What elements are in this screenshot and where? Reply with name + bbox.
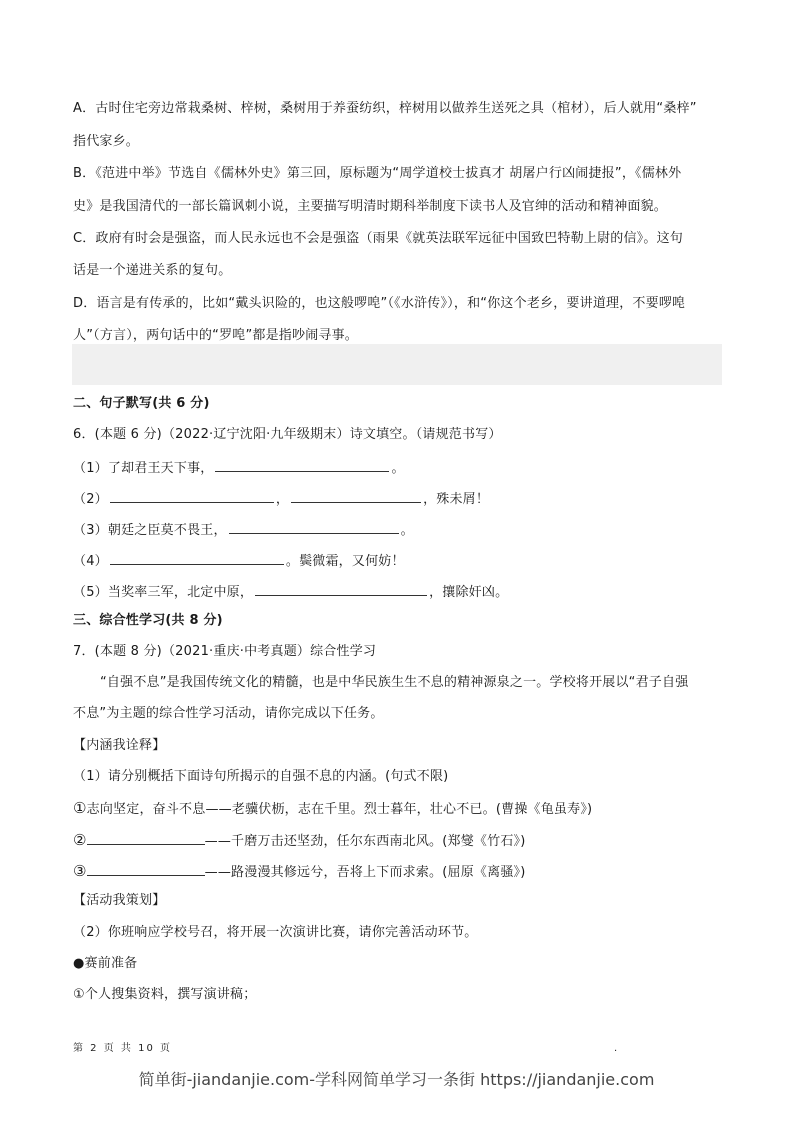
- prep-item-1: ①个人搜集资料，撰写演讲稿；: [73, 987, 256, 1003]
- meaning-item-2: ②——千磨万击还坚劲，任尔东西南北风。(郑燮《竹石》): [73, 831, 526, 850]
- fill-blank-4[interactable]: [110, 551, 284, 565]
- fill-item-4: （4）。鬓微霜，又何妨！: [73, 551, 405, 570]
- part2-title: 【活动我策划】: [73, 893, 165, 909]
- section2-heading: 二、句子默写(共 6 分): [73, 396, 210, 412]
- fill-blank-3[interactable]: [229, 520, 399, 534]
- page-number: 第 2 页 共 10 页: [73, 1043, 172, 1055]
- fill-item-3-suffix: 。: [401, 523, 414, 538]
- part1-question: （1）请分别概括下面诗句所揭示的自强不息的内涵。(句式不限): [73, 769, 448, 785]
- fill-blank-1[interactable]: [215, 458, 389, 472]
- meaning-item-1-text: 志向坚定，奋斗不息——老骥伏枥，志在千里。烈士暮年，壮心不已。(曹操《龟虽寿》): [87, 802, 593, 817]
- prep-title: ●赛前准备: [73, 956, 137, 972]
- option-d-line1: D．语言是有传承的，比如“戴头识险的，也这般啰唣”（《水浒传》），和“你这个老乡…: [73, 296, 685, 312]
- fill-item-5-prefix: （5）当奖率三军，北定中原，: [73, 585, 253, 600]
- meaning-blank-3[interactable]: [87, 862, 205, 876]
- fill-item-3: （3）朝廷之臣莫不畏王，。: [73, 520, 414, 539]
- watermark-text: 简单街-jiandanjie.com-学科网简单学习一条街 https://ji…: [0, 1070, 793, 1090]
- meaning-item-1: ①志向坚定，奋斗不息——老骥伏枥，志在千里。烈士暮年，壮心不已。(曹操《龟虽寿》…: [73, 800, 592, 818]
- fill-item-5: （5）当奖率三军，北定中原，，攘除奸凶。: [73, 582, 508, 601]
- question-6: 6．(本题 6 分)（2022·辽宁沈阳·九年级期末）诗文填空。（请规范书写）: [73, 427, 502, 443]
- intro-line2: 不息”为主题的综合性学习活动，请你完成以下任务。: [73, 706, 384, 722]
- circled-number-1: ①: [73, 800, 87, 816]
- fill-item-1-suffix: 。: [391, 461, 404, 476]
- fill-item-2-prefix: （2）: [73, 492, 108, 507]
- part1-title: 【内涵我诠释】: [73, 738, 165, 754]
- fill-blank-5[interactable]: [255, 582, 427, 596]
- fill-item-2: （2），，殊未屑！: [73, 489, 489, 508]
- document-page: A．古时住宅旁边常栽桑树、梓树，桑树用于养蚕纺织，梓树用以做养生送死之具（棺材）…: [0, 0, 793, 1122]
- option-c-line2: 话是一个递进关系的复句。: [73, 263, 231, 279]
- circled-number-3: ③: [73, 863, 87, 879]
- fill-item-5-suffix: ，攘除奸凶。: [429, 585, 508, 600]
- intro-line1: “自强不息”是我国传统文化的精髓，也是中华民族生生不息的精神源泉之一。学校将开展…: [100, 675, 688, 691]
- fill-item-4-prefix: （4）: [73, 554, 108, 569]
- option-a-line2: 指代家乡。: [73, 134, 139, 150]
- option-d-line2: 人”（方言），两句话中的“罗唣”都是指吵闹寻事。: [73, 328, 358, 344]
- fill-item-4-suffix: 。鬓微霜，又何妨！: [286, 554, 405, 569]
- fill-blank-2a[interactable]: [110, 489, 274, 503]
- meaning-item-3: ③——路漫漫其修远兮，吾将上下而求索。(屈原《离骚》): [73, 862, 526, 881]
- meaning-item-3-text: ——路漫漫其修远兮，吾将上下而求索。(屈原《离骚》): [205, 865, 526, 880]
- part2-question: （2）你班响应学校号召，将开展一次演讲比赛，请你完善活动环节。: [73, 925, 477, 941]
- section3-heading: 三、综合性学习(共 8 分): [73, 613, 223, 629]
- option-b-line1: B．《范进中举》节选自《儒林外史》第三回，原标题为“周学道校士拔真才 胡屠户行凶…: [73, 166, 681, 182]
- footer-dot: .: [614, 1043, 617, 1054]
- fill-item-1-prefix: （1）了却君王天下事，: [73, 461, 213, 476]
- fill-item-2-suffix: ，殊未屑！: [423, 492, 489, 507]
- meaning-item-2-text: ——千磨万击还坚劲，任尔东西南北风。(郑燮《竹石》): [205, 834, 526, 849]
- fill-blank-2b[interactable]: [291, 489, 421, 503]
- answer-box[interactable]: [72, 344, 722, 385]
- fill-item-3-prefix: （3）朝廷之臣莫不畏王，: [73, 523, 227, 538]
- option-b-line2: 史》是我国清代的一部长篇讽刺小说，主要描写明清时期科举制度下读书人及官绅的活动和…: [73, 199, 667, 215]
- meaning-blank-2[interactable]: [87, 831, 205, 845]
- option-c-line1: C．政府有时会是强盗，而人民永远也不会是强盗（雨果《就英法联军远征中国致巴特勒上…: [73, 231, 683, 247]
- question-7: 7．(本题 8 分)（2021·重庆·中考真题）综合性学习: [73, 644, 376, 660]
- circled-number-2: ②: [73, 832, 87, 848]
- option-a-line1: A．古时住宅旁边常栽桑树、梓树，桑树用于养蚕纺织，梓树用以做养生送死之具（棺材）…: [73, 101, 697, 117]
- fill-item-1: （1）了却君王天下事，。: [73, 458, 405, 477]
- fill-item-2-middle: ，: [276, 492, 289, 507]
